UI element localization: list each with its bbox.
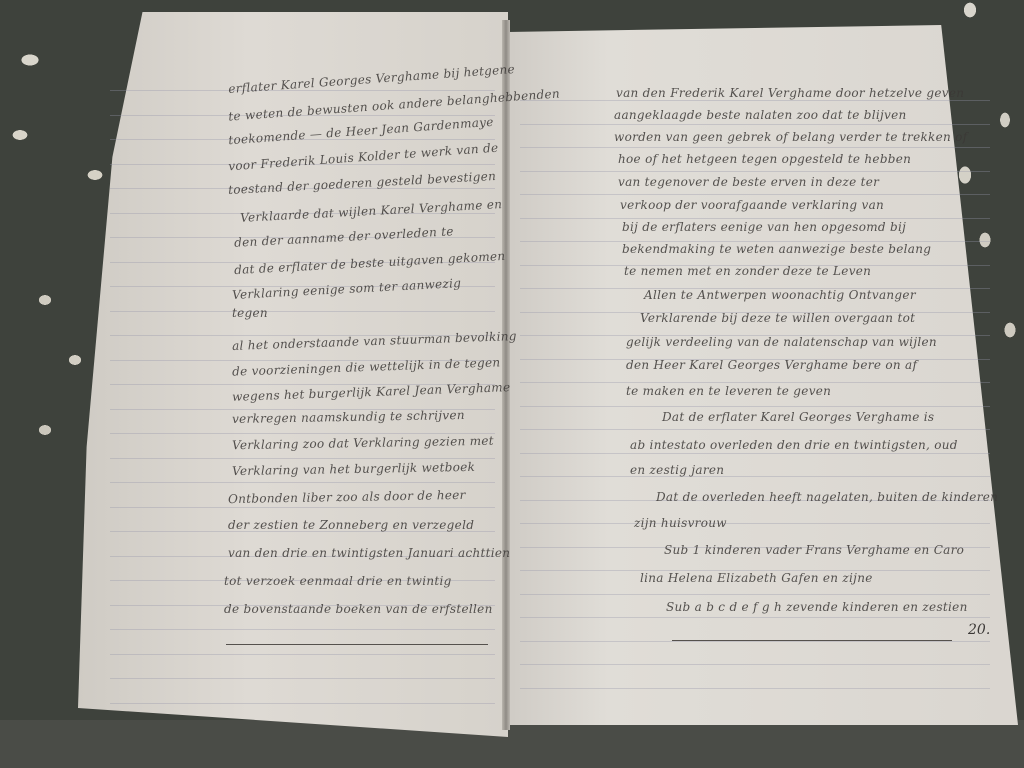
ruled-line <box>110 678 495 679</box>
text-line: zijn huisvrouw <box>634 516 727 530</box>
ruled-line <box>110 507 495 508</box>
ruled-line <box>110 654 495 655</box>
text-line: van tegenover de beste erven in deze ter <box>618 175 879 189</box>
text-line: aangeklaagde beste nalaten zoo dat te bl… <box>614 108 907 122</box>
text-line: van den Frederik Karel Verghame door het… <box>616 86 964 100</box>
text-line: Dat de erflater Karel Georges Verghame i… <box>662 410 934 424</box>
ruled-line <box>520 594 990 595</box>
text-line: Sub a b c d e f g h zevende kinderen en … <box>666 600 968 614</box>
ruled-line <box>520 617 990 618</box>
text-line: bij de erflaters eenige van hen opgesomd… <box>622 220 906 234</box>
text-line: Verklarende bij deze te willen overgaan … <box>640 311 915 325</box>
text-line: Allen te Antwerpen woonachtig Ontvanger <box>644 288 916 302</box>
text-line: bekendmaking te weten aanwezige beste be… <box>622 242 931 256</box>
text-line: tot verzoek eenmaal drie en twintig <box>224 574 452 588</box>
ruled-line <box>520 147 990 148</box>
text-line: worden van geen gebrek of belang verder … <box>614 130 967 144</box>
ruled-line <box>520 218 990 219</box>
text-line: van den drie en twintigsten Januari acht… <box>228 546 510 560</box>
ruled-line <box>520 171 990 172</box>
text-line: te nemen met en zonder deze te Leven <box>624 264 871 278</box>
text-line: hoe of het hetgeen tegen opgesteld te he… <box>618 152 911 166</box>
text-line: gelijk verdeeling van de nalatenschap va… <box>626 335 937 349</box>
text-line: tegen <box>232 306 268 320</box>
text-line: den Heer Karel Georges Verghame bere on … <box>626 358 917 372</box>
page-number: 20. <box>968 622 990 638</box>
ruled-line <box>520 124 990 125</box>
ruled-line <box>520 476 990 477</box>
ruled-line <box>110 703 495 704</box>
text-line: de bovenstaande boeken van de erfstellen <box>224 602 493 616</box>
text-line: verkoop der voorafgaande verklaring van <box>620 198 884 212</box>
ruled-line <box>520 688 990 689</box>
ruled-line <box>520 429 990 430</box>
ruled-line <box>110 482 495 483</box>
ruled-line <box>520 523 990 524</box>
text-line: Sub 1 kinderen vader Frans Verghame en C… <box>664 543 964 557</box>
closing-rule <box>226 644 488 645</box>
text-line: lina Helena Elizabeth Gafen en zijne <box>640 571 873 585</box>
text-line: der zestien te Zonneberg en verzegeld <box>228 518 474 532</box>
ruled-line <box>520 382 990 383</box>
closing-rule <box>672 640 952 641</box>
text-line: en zestig jaren <box>630 463 724 477</box>
ruled-line <box>520 100 990 101</box>
text-line: ab intestato overleden den drie en twint… <box>630 438 958 452</box>
ruled-line <box>110 458 495 459</box>
pebble-background <box>0 720 1024 768</box>
text-line: te maken en te leveren te geven <box>626 384 831 398</box>
book-gutter <box>502 20 510 730</box>
ruled-line <box>520 194 990 195</box>
text-line: Dat de overleden heeft nagelaten, buiten… <box>656 490 998 504</box>
ruled-line <box>110 311 495 312</box>
ruled-line <box>520 406 990 407</box>
ruled-line <box>520 453 990 454</box>
ruled-line <box>520 664 990 665</box>
ruled-line <box>110 629 495 630</box>
